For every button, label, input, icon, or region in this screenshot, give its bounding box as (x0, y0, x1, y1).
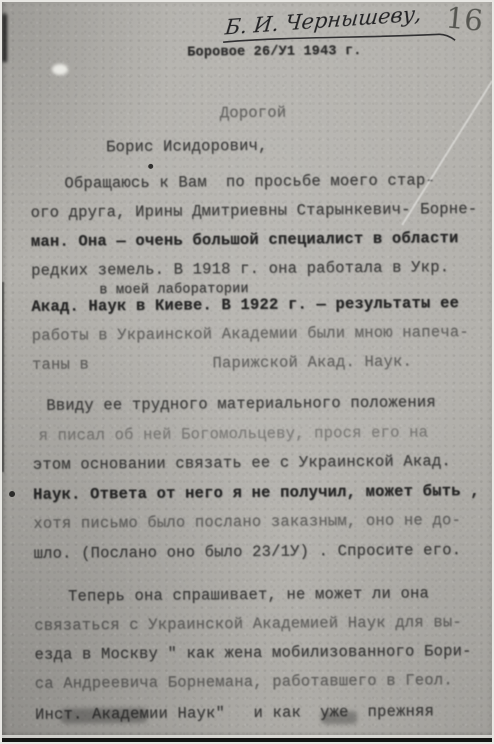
typed-line: са Андреевича Борнемана, работавшего в Г… (35, 673, 453, 692)
typed-line: связаться с Украинской Академией Наук дл… (34, 615, 462, 634)
overtyped-smudge (61, 708, 147, 724)
typed-line: этом основании связать ее с Украинской А… (33, 454, 451, 473)
overtyped-smudge (321, 711, 357, 724)
typed-line: езда в Москву " как жена мобилизованного… (34, 644, 471, 663)
salutation-word: Дорогой (220, 106, 287, 122)
ink-blot (148, 164, 153, 169)
typed-line: работы в Украинской Академии были мною н… (32, 325, 469, 344)
typed-line: я писал об ней Богомольцеву, прося его н… (38, 425, 428, 444)
scan-edge-mark (2, 738, 492, 742)
scan-edge-mark (2, 282, 4, 472)
typed-line: Обращаюсь к Вам по просьбе моего стар- (64, 173, 435, 192)
typed-line: Наук. Ответа от него я не получил, может… (33, 484, 480, 503)
typed-line: Ввиду ее трудного материального положени… (46, 395, 436, 414)
typed-line: Акад. Наук в Киеве. В 1922 г. — результа… (31, 296, 459, 315)
handwritten-recipient: Б. И. Чернышеву, (224, 0, 456, 39)
ink-blot (9, 491, 15, 497)
typed-line: таны в Парижской Акад. Наук. (32, 355, 412, 374)
page-number-annotation: 16 (444, 0, 484, 37)
typed-line: шло. (Послано оно было 23/1У) . Спросите… (34, 543, 462, 562)
typed-line: Теперь она спрашивает, не может ли она (68, 586, 429, 605)
paper-spot (52, 64, 68, 75)
scan-edge-mark (2, 14, 7, 62)
salutation-name: Борис Исидорович, (106, 139, 268, 156)
typed-line: редких земель. В 1918 г. она работала в … (31, 260, 449, 279)
scanned-letter-page: Б. И. Чернышеву, 16 Боровое 26/У1 1943 г… (0, 0, 494, 744)
letter-content: Б. И. Чернышеву, 16 Боровое 26/У1 1943 г… (0, 0, 494, 744)
typed-line: ман. Она — очень большой специалист в об… (31, 231, 459, 250)
typed-line: хотя письмо было послано заказным, оно н… (33, 513, 461, 532)
dateline: Боровое 26/У1 1943 г. (187, 45, 361, 60)
